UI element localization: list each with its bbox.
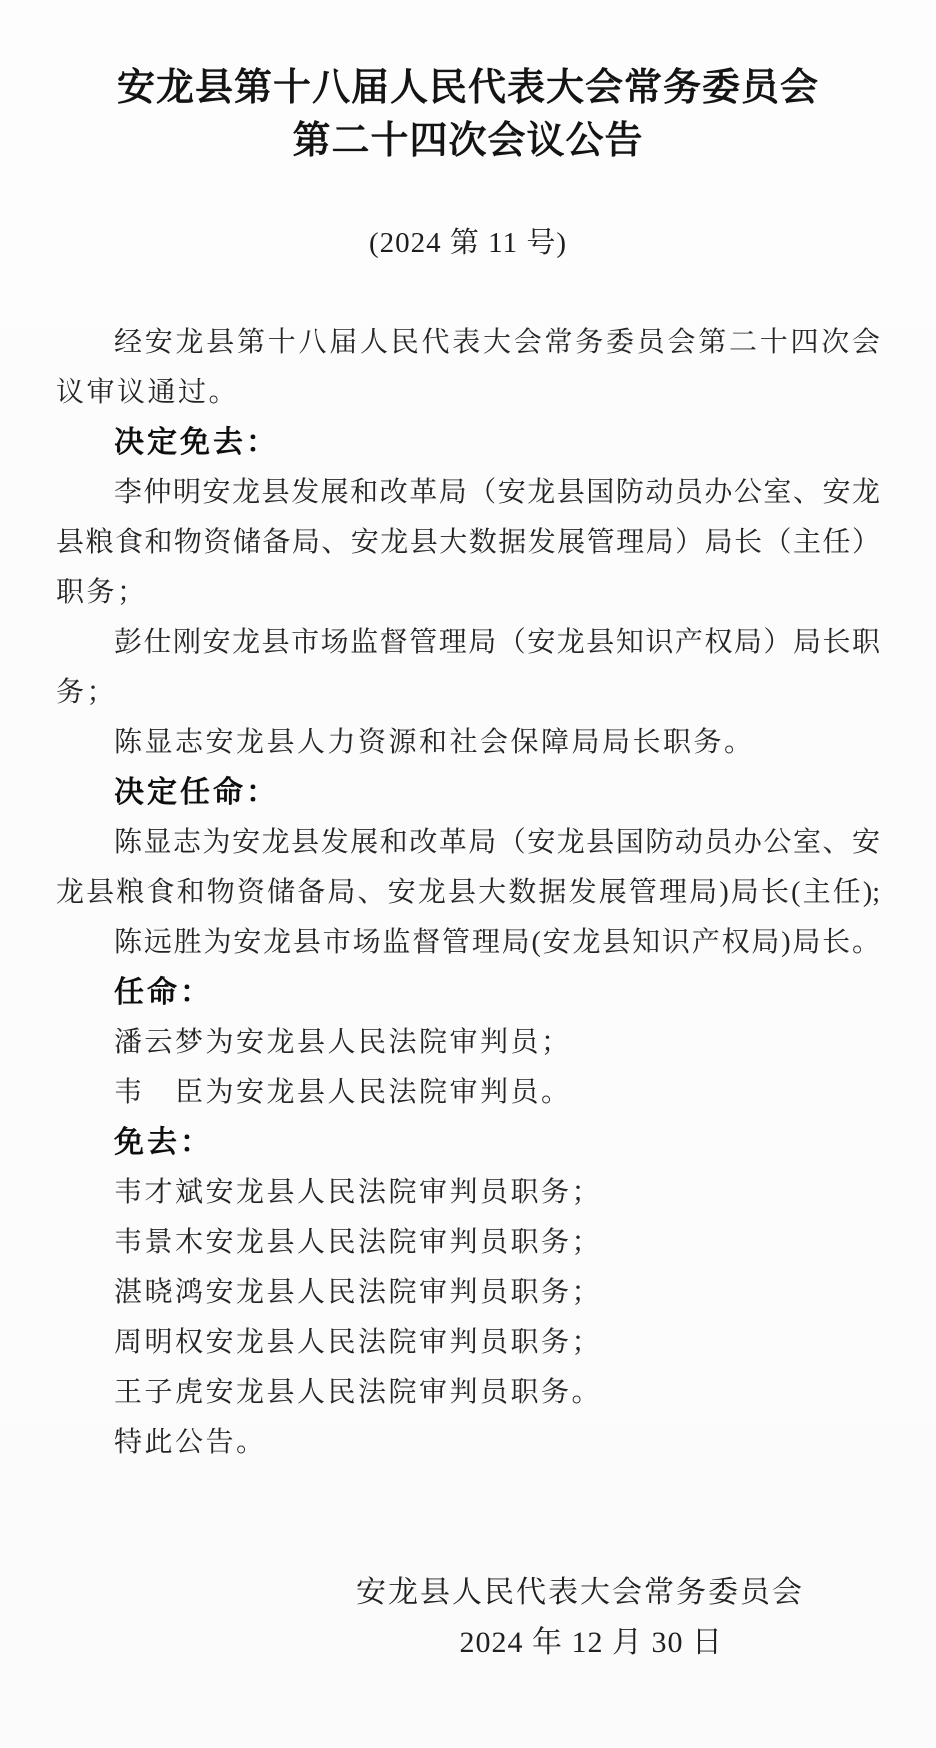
body-text-line: 经安龙县第十八届人民代表大会常务委员会第二十四次会 [56, 318, 880, 368]
body-text-line: 王子虎安龙县人民法院审判员职务。 [56, 1368, 880, 1418]
body-text-line: 陈显志为安龙县发展和改革局（安龙县国防动员办公室、安 [56, 818, 880, 868]
announcement-document: 安龙县第十八届人民代表大会常务委员会 第二十四次会议公告 (2024 第 11 … [0, 0, 936, 1748]
body-text-line: 彭仕刚安龙县市场监督管理局（安龙县知识产权局）局长职 [56, 618, 880, 668]
document-title-line-2: 第二十四次会议公告 [0, 115, 936, 168]
section-header-line: 决定免去： [56, 418, 880, 468]
body-text-line: 韦景木安龙县人民法院审判员职务； [56, 1218, 880, 1268]
body-text-line: 潘云梦为安龙县人民法院审判员； [56, 1018, 880, 1068]
body-text-line: 周明权安龙县人民法院审判员职务； [56, 1318, 880, 1368]
body-text-line: 陈远胜为安龙县市场监督管理局(安龙县知识产权局)局长。 [56, 918, 880, 968]
document-title-line-1: 安龙县第十八届人民代表大会常务委员会 [0, 62, 936, 115]
document-number: (2024 第 11 号) [0, 223, 936, 263]
section-header-line: 任命： [56, 968, 880, 1018]
body-text-line: 议审议通过。 [56, 368, 880, 418]
body-text-line: 特此公告。 [56, 1418, 880, 1468]
body-text-line: 韦才斌安龙县人民法院审判员职务； [56, 1168, 880, 1218]
body-text-line: 务； [56, 668, 880, 718]
issue-date: 2024 年 12 月 30 日 [0, 1618, 936, 1668]
issuer-signature: 安龙县人民代表大会常务委员会 [0, 1568, 936, 1618]
body-text-line: 陈显志安龙县人力资源和社会保障局局长职务。 [56, 718, 880, 768]
section-header-line: 免去： [56, 1118, 880, 1168]
body-text-line: 韦 臣为安龙县人民法院审判员。 [56, 1068, 880, 1118]
section-header-line: 决定任命： [56, 768, 880, 818]
body-text-line: 职务； [56, 568, 880, 618]
body-text-line: 龙县粮食和物资储备局、安龙县大数据发展管理局)局长(主任); [56, 868, 880, 918]
document-title: 安龙县第十八届人民代表大会常务委员会 第二十四次会议公告 [0, 0, 936, 168]
body-text-line: 湛晓鸿安龙县人民法院审判员职务； [56, 1268, 880, 1318]
body-text-line: 县粮食和物资储备局、安龙县大数据发展管理局）局长（主任） [56, 518, 880, 568]
body-text-line: 李仲明安龙县发展和改革局（安龙县国防动员办公室、安龙 [56, 468, 880, 518]
document-body: 经安龙县第十八届人民代表大会常务委员会第二十四次会议审议通过。决定免去：李仲明安… [0, 318, 936, 1468]
